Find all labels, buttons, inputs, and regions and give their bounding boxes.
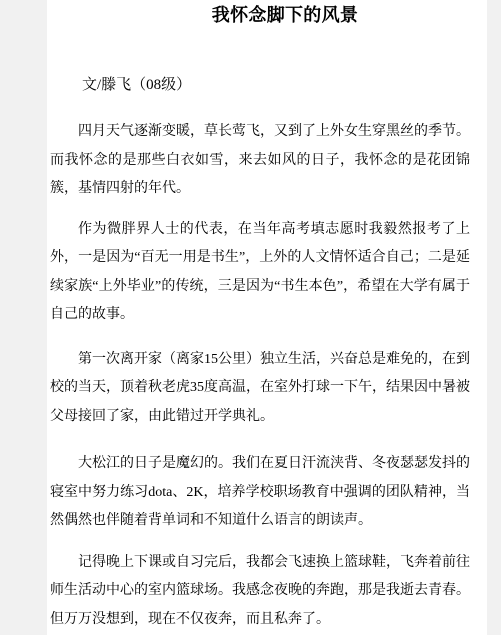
article-paragraph-1: 四月天气逐渐变暖，草长莺飞，又到了上外女生穿黑丝的季节。而我怀念的是那些白衣如雪… (50, 118, 470, 204)
article-title: 我怀念脚下的风景 (50, 0, 470, 28)
article-paragraph-4: 大松江的日子是魔幻的。我们在夏日汗流浃背、冬夜瑟瑟发抖的寝室中努力练习dota、… (50, 450, 470, 536)
document-content: 我怀念脚下的风景 文/滕飞（08级） 四月天气逐渐变暖，草长莺飞，又到了上外女生… (47, 0, 487, 634)
document-viewport: 我怀念脚下的风景 文/滕飞（08级） 四月天气逐渐变暖，草长莺飞，又到了上外女生… (0, 0, 501, 635)
article-paragraph-3: 第一次离开家（离家15公里）独立生活，兴奋总是难免的，在到校的当天，顶着秋老虎3… (50, 346, 470, 432)
article-paragraph-5: 记得晚上下课或自习完后，我都会飞速换上篮球鞋，飞奔着前往师生活动中心的室内篮球场… (50, 549, 470, 635)
article-body: 四月天气逐渐变暖，草长莺飞，又到了上外女生穿黑丝的季节。而我怀念的是那些白衣如雪… (50, 118, 470, 634)
article-byline: 文/滕飞（08级） (50, 74, 470, 96)
article-paragraph-2: 作为微胖界人士的代表，在当年高考填志愿时我毅然报考了上外，一是因为“百无一用是书… (50, 216, 470, 330)
document-page: 我怀念脚下的风景 文/滕飞（08级） 四月天气逐渐变暖，草长莺飞，又到了上外女生… (47, 0, 487, 635)
